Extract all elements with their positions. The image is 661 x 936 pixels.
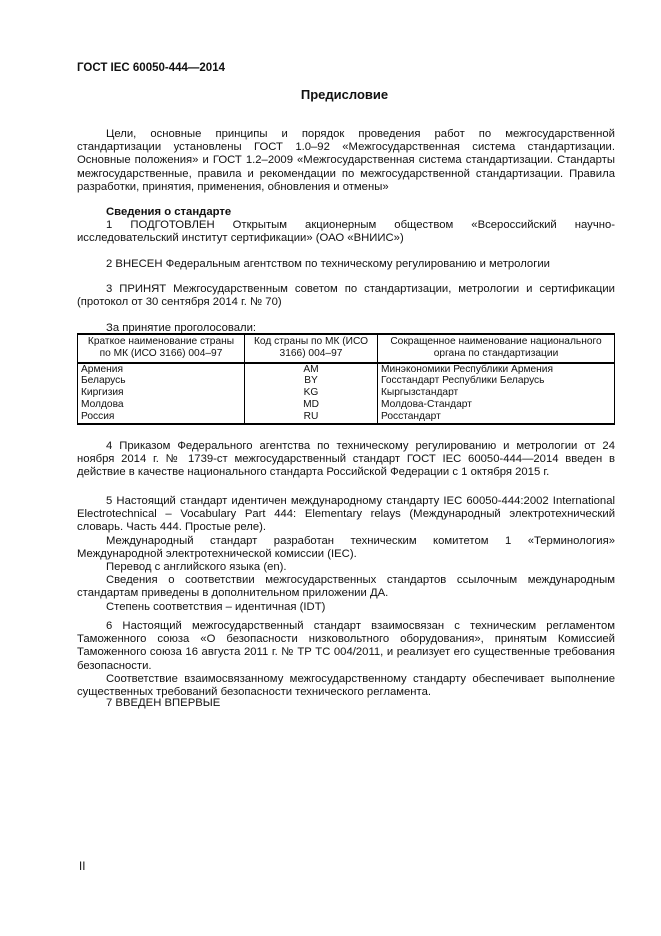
cell-code: RU [245, 411, 378, 424]
cell-body: Минэкономики Республики Армения [378, 363, 615, 376]
info-item-2: 2 ВНЕСЕН Федеральным агентством по техни… [77, 258, 615, 271]
item-5-paragraph-5: Степень соответствия – идентичная (IDT) [77, 601, 615, 614]
item-6-paragraph-2: Соответствие взаимосвязанному межгосудар… [77, 673, 615, 699]
table-row: Армения AM Минэкономики Республики Армен… [78, 363, 615, 376]
page-title: Предисловие [0, 88, 661, 101]
item-5-block: 5 Настоящий стандарт идентичен междунаро… [77, 495, 615, 614]
item-7-block: 7 ВВЕДЕН ВПЕРВЫЕ [77, 697, 615, 710]
table-row: Киргизия KG Кыргызстандарт [78, 387, 615, 399]
item-5-paragraph-1: 5 Настоящий стандарт идентичен междунаро… [77, 495, 615, 535]
cell-country: Россия [78, 411, 245, 424]
intro-section: Цели, основные принципы и порядок провед… [77, 128, 615, 194]
info-item-2-block: 2 ВНЕСЕН Федеральным агентством по техни… [77, 258, 615, 271]
column-header-country: Краткое наименование страны по МК (ИСО 3… [78, 334, 245, 363]
standard-info-heading: Сведения о стандарте [77, 206, 615, 219]
item-4-block: 4 Приказом Федерального агентства по тех… [77, 440, 615, 480]
table-row: Беларусь BY Госстандарт Республики Белар… [78, 375, 615, 387]
table-header-row: Краткое наименование страны по МК (ИСО 3… [78, 334, 615, 363]
table-row: Молдова MD Молдова-Стандарт [78, 399, 615, 411]
cell-body: Молдова-Стандарт [378, 399, 615, 411]
cell-country: Беларусь [78, 375, 245, 387]
column-header-body: Сокращенное наименование национального о… [378, 334, 615, 363]
table-row: Россия RU Росстандарт [78, 411, 615, 424]
item-6-paragraph-1: 6 Настоящий межгосударственный стандарт … [77, 620, 615, 673]
standard-info-section: Сведения о стандарте 1 ПОДГОТОВЛЕН Откры… [77, 206, 615, 246]
cell-body: Кыргызстандарт [378, 387, 615, 399]
document-code-header: ГОСТ IEC 60050-444—2014 [77, 62, 225, 75]
intro-paragraph: Цели, основные принципы и порядок провед… [77, 128, 615, 194]
voting-countries-table: Краткое наименование страны по МК (ИСО 3… [77, 333, 615, 425]
cell-country: Молдова [78, 399, 245, 411]
cell-code: MD [245, 399, 378, 411]
item-7: 7 ВВЕДЕН ВПЕРВЫЕ [77, 697, 615, 710]
item-5-paragraph-3: Перевод с английского языка (en). [77, 561, 615, 574]
cell-code: KG [245, 387, 378, 399]
item-4: 4 Приказом Федерального агентства по тех… [77, 440, 615, 480]
cell-country: Армения [78, 363, 245, 376]
info-item-3-block: 3 ПРИНЯТ Межгосударственным советом по с… [77, 283, 615, 309]
cell-code: AM [245, 363, 378, 376]
cell-body: Росстандарт [378, 411, 615, 424]
column-header-code: Код страны по МК (ИСО 3166) 004–97 [245, 334, 378, 363]
cell-body: Госстандарт Республики Беларусь [378, 375, 615, 387]
item-5-paragraph-2: Международный стандарт разработан технич… [77, 535, 615, 561]
item-6-block: 6 Настоящий межгосударственный стандарт … [77, 620, 615, 699]
info-item-3: 3 ПРИНЯТ Межгосударственным советом по с… [77, 283, 615, 309]
cell-code: BY [245, 375, 378, 387]
info-item-1: 1 ПОДГОТОВЛЕН Открытым акционерным общес… [77, 219, 615, 245]
item-5-paragraph-4: Сведения о соответствии межгосударственн… [77, 574, 615, 600]
page-number: II [79, 861, 85, 874]
cell-country: Киргизия [78, 387, 245, 399]
